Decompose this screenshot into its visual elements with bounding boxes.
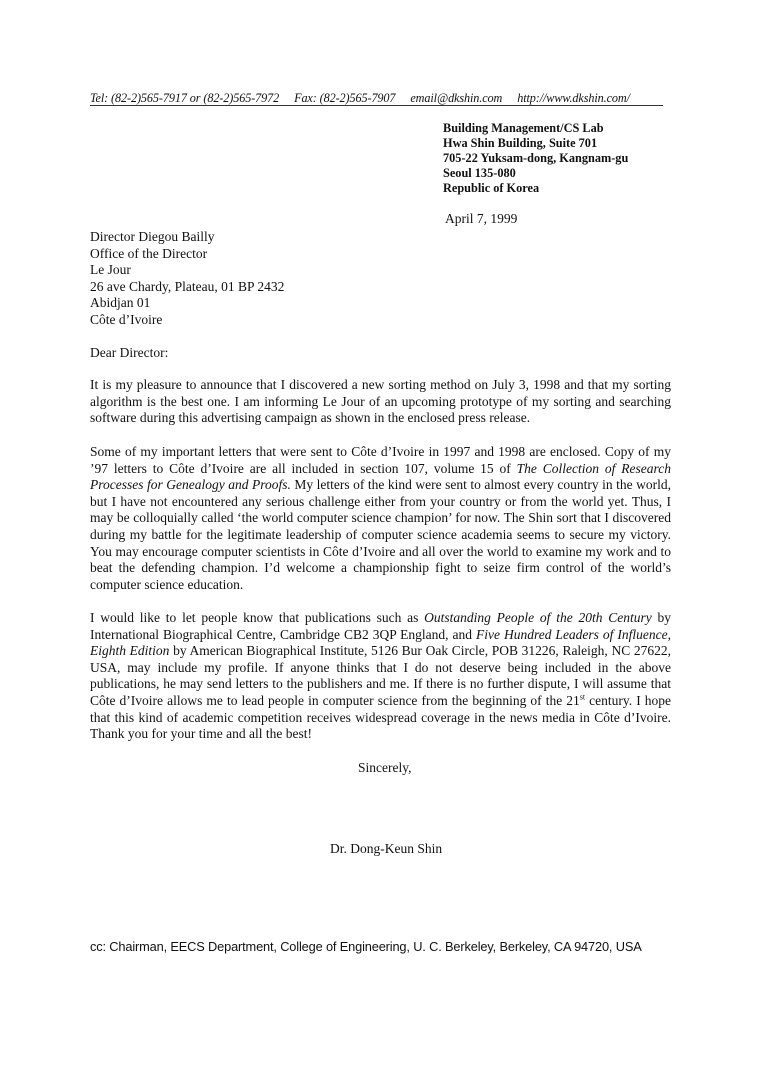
paragraph-announcement: It is my pleasure to announce that I dis… — [90, 377, 671, 427]
cc-line: cc: Chairman, EECS Department, College o… — [90, 939, 642, 954]
recipient-line: Le Jour — [90, 262, 284, 279]
sender-line: Hwa Shin Building, Suite 701 — [443, 136, 628, 151]
recipient-line: Côte d’Ivoire — [90, 312, 284, 329]
signature-name: Dr. Dong-Keun Shin — [330, 841, 442, 857]
paragraph-letters: Some of my important letters that were s… — [90, 444, 671, 593]
p3-comma: , — [668, 627, 671, 642]
sender-line: Republic of Korea — [443, 181, 628, 196]
p3-title-five-hundred-leaders: Five Hundred Leaders of Influence — [476, 627, 668, 642]
sender-line: Seoul 135-080 — [443, 166, 628, 181]
p3-title-edition: Eighth Edition — [90, 643, 169, 658]
letterhead-contact-line: Tel: (82-2)565-7917 or (82-2)565-7972 Fa… — [90, 91, 663, 106]
header-website: http://www.dkshin.com/ — [517, 91, 630, 105]
header-email: email@dkshin.com — [410, 91, 502, 105]
sender-address: Building Management/CS Lab Hwa Shin Buil… — [443, 121, 628, 196]
recipient-line: Office of the Director — [90, 246, 284, 263]
recipient-line: Abidjan 01 — [90, 295, 284, 312]
salutation: Dear Director: — [90, 345, 168, 361]
sender-line: Building Management/CS Lab — [443, 121, 628, 136]
recipient-line: Director Diegou Bailly — [90, 229, 284, 246]
letter-page: Tel: (82-2)565-7917 or (82-2)565-7972 Fa… — [0, 0, 760, 1074]
p3-title-outstanding-people: Outstanding People of the 20th Century — [424, 610, 652, 625]
closing: Sincerely, — [358, 760, 411, 776]
p3-text-a: I would like to let people know that pub… — [90, 610, 424, 625]
letter-date: April 7, 1999 — [445, 211, 517, 227]
header-tel: Tel: (82-2)565-7917 or (82-2)565-7972 — [90, 91, 279, 105]
paragraph-publications: I would like to let people know that pub… — [90, 610, 671, 743]
recipient-address: Director Diegou Bailly Office of the Dir… — [90, 229, 284, 329]
recipient-line: 26 ave Chardy, Plateau, 01 BP 2432 — [90, 279, 284, 296]
sender-line: 705-22 Yuksam-dong, Kangnam-gu — [443, 151, 628, 166]
header-fax: Fax: (82-2)565-7907 — [294, 91, 395, 105]
p2-text-b: My letters of the kind were sent to almo… — [90, 477, 671, 592]
